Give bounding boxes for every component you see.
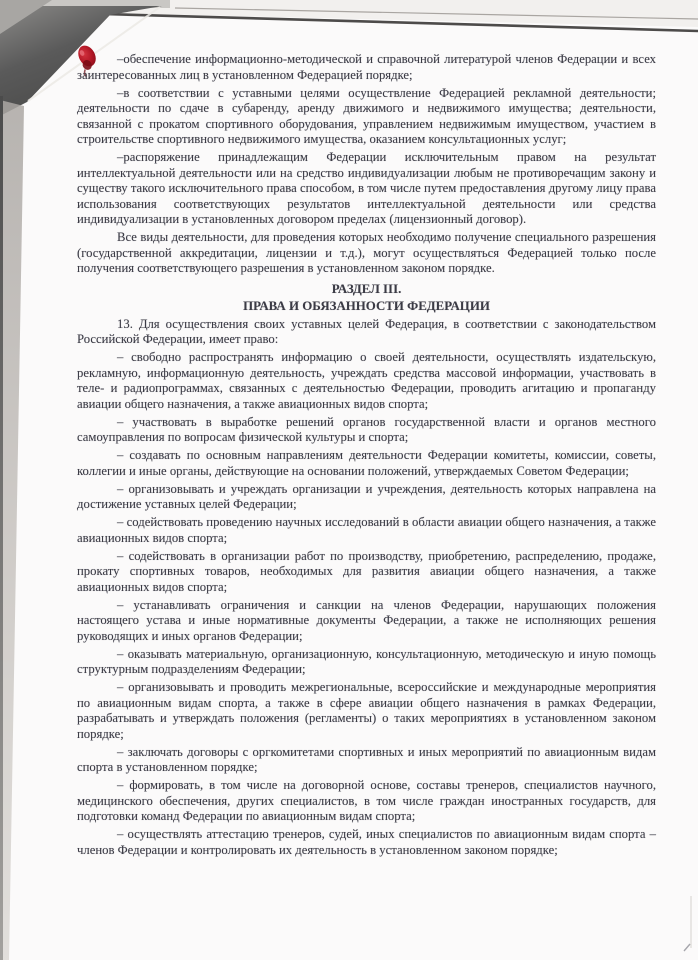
paragraph: –в соответствии с уставными целями осуще… (77, 86, 656, 148)
paragraph: – организовывать и проводить межрегионал… (77, 680, 656, 742)
section-heading-title: ПРАВА И ОБЯЗАННОСТИ ФЕДЕРАЦИИ (77, 298, 656, 314)
left-edge-band (0, 100, 24, 960)
page-top-edge-faint-line (175, 8, 698, 19)
paragraph: Все виды деятельности, для проведения ко… (77, 230, 656, 277)
pen-tick-mark (684, 944, 690, 951)
section-heading-number: РАЗДЕЛ III. (77, 281, 656, 297)
paragraph: –распоряжение принадлежащим Федерации ис… (77, 150, 656, 228)
scanner-background (95, 0, 698, 27)
paragraph: – осуществлять аттестацию тренеров, суде… (77, 827, 656, 858)
paragraph: – содействовать проведению научных иссле… (77, 515, 656, 546)
paragraph: – свободно распространять информацию о с… (77, 350, 656, 412)
paragraph: –обеспечение информационно-методической … (77, 52, 656, 83)
scanned-page: –обеспечение информационно-методической … (0, 0, 698, 960)
paragraph: – создавать по основным направлениям дея… (77, 448, 656, 479)
corner-light-patch (0, 0, 52, 34)
paragraph: – формировать, в том числе на договорной… (77, 778, 656, 825)
paragraph: – оказывать материальную, организационну… (77, 647, 656, 678)
paragraph: – организовывать и учреждать организации… (77, 482, 656, 513)
corner-shadow-strip (0, 0, 170, 8)
paragraph: – содействовать в организации работ по п… (77, 549, 656, 596)
paragraph: 13. Для осуществления своих уставных цел… (77, 317, 656, 348)
paragraph: – устанавливать ограничения и санкции на… (77, 598, 656, 645)
page-top-edge-line (104, 14, 698, 31)
document-body: –обеспечение информационно-методической … (77, 52, 656, 861)
paragraph: – участвовать в выработке решений органо… (77, 415, 656, 446)
paragraph: – заключать договоры с оргкомитетами спо… (77, 745, 656, 776)
left-edge-line (0, 96, 3, 960)
